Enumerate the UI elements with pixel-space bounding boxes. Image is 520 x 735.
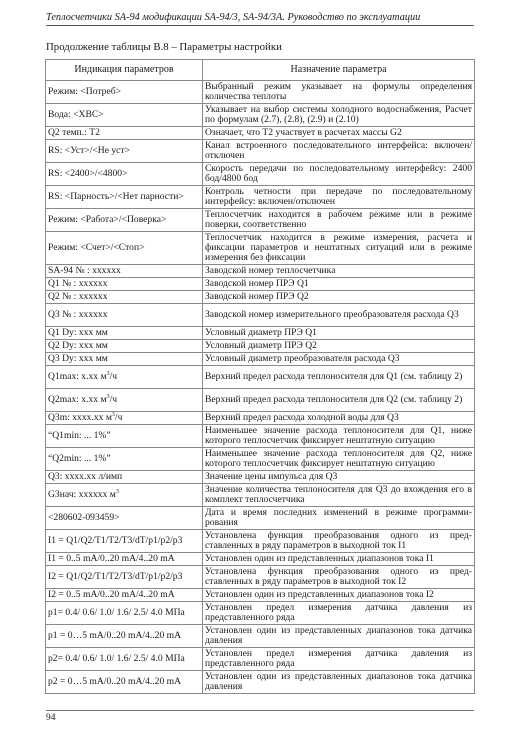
parameter-indication-text: G3нач: хххххх м [48,489,116,500]
table-row: I1 = 0..5 mA/0..20 mA/4..20 mAУстановлен… [46,553,475,566]
table-row: Q3 № : ххххххЗаводской номер измерительн… [46,304,475,327]
parameter-indication-text: Q1max: х.хх м [48,371,107,382]
parameter-indication: Режим: <Счет>/<Стоп> [46,232,203,265]
parameter-description: Значение цены импульса для Q3 [203,471,475,484]
parameter-description: Условный диаметр ПРЭ Q2 [203,340,475,353]
parameter-indication-text: Q2 Dy: ххх мм [48,340,108,351]
table-row: Q1 Dy: ххх ммУсловный диаметр ПРЭ Q1 [46,327,475,340]
column-header-purpose: Назначение параметра [203,60,475,81]
parameter-indication: Q1 № : хххххх [46,278,203,291]
table-row: G3нач: хххххх м3Значение количества тепл… [46,484,475,507]
parameter-indication: Q1max: х.хх м3/ч [46,366,203,389]
parameter-indication-text: “Q2min: ... 1%” [48,453,111,464]
table-row: Q2max: х.хх м3/чВерхний предел расхода т… [46,389,475,412]
parameter-indication: Q3: хххх.хх л/имп [46,471,203,484]
table-row: Режим: <Работа>/<Поверка>Теплосчетчик на… [46,209,475,232]
table-row: Q1max: х.хх м3/чВерхний предел расхода т… [46,366,475,389]
parameter-description: Верхний предел расхода холодной воды для… [203,412,475,425]
table-row: Режим: <Счет>/<Стоп>Теплосчетчик находит… [46,232,475,265]
table-row: I2 = 0..5 mA/0..20 mA/4..20 mAУстановлен… [46,589,475,602]
parameter-description: Установлен один из представленных диапаз… [203,553,475,566]
parameter-description: Установлен один из представленных диапаз… [203,589,475,602]
parameter-indication: <280602-093459> [46,507,203,530]
parameter-indication: Режим: <Работа>/<Поверка> [46,209,203,232]
table-body: Режим: <Потреб>Выбранный режим указывает… [46,81,475,694]
parameter-indication-text: “Q1min: ... 1%” [48,430,111,441]
parameter-indication: Q2 № : хххххх [46,291,203,304]
parameter-indication-text: Вода: <ХВС> [48,109,104,120]
parameter-indication-text: SA-94 № : хххххх [48,265,121,276]
parameter-indication-text: Q2 № : хххххх [48,291,108,302]
footer-rule [46,710,474,711]
parameter-indication: Вода: <ХВС> [46,104,203,127]
table-row: RS: <Уст>/<Не уст>Канал встроенного посл… [46,140,475,163]
table-row: <280602-093459>Дата и время последних из… [46,507,475,530]
parameter-indication-text: RS: <Уст>/<Не уст> [48,145,130,156]
parameter-description: Условный диаметр преобразователя расхода… [203,353,475,366]
parameter-indication-text: Режим: <Работа>/<Поверка> [48,214,166,225]
parameter-description: Дата и время последних изменений в режим… [203,507,475,530]
parameter-indication: p1= 0.4/ 0.6/ 1.0/ 1.6/ 2.5/ 4.0 МПа [46,602,203,625]
parameter-indication: RS: <Парность>/<Нет парности> [46,186,203,209]
unit-tail: /ч [110,371,118,382]
parameter-description: Контроль четности при передаче по послед… [203,186,475,209]
parameter-description: Установлена функция преобразования одног… [203,530,475,553]
table-row: Q2 № : ххххххЗаводской номер ПРЭ Q2 [46,291,475,304]
parameter-description: Указывает на выбор системы холодного вод… [203,104,475,127]
parameter-indication: Q3m: хххх.хх м3/ч [46,412,203,425]
parameter-indication-text: p2 = 0…5 mA/0..20 mA/4..20 mA [48,676,181,687]
parameter-description: Установлен предел измерения датчика давл… [203,602,475,625]
table-row: Вода: <ХВС>Указывает на выбор системы хо… [46,104,475,127]
table-row: RS: <2400>/<4800>Скорость передачи по по… [46,163,475,186]
unit-tail: /ч [110,394,118,405]
parameters-table: Индикация параметров Назначение параметр… [45,59,475,694]
parameter-indication: Q2max: х.хх м3/ч [46,389,203,412]
table-row: Q2 Dy: ххх ммУсловный диаметр ПРЭ Q2 [46,340,475,353]
parameter-indication: G3нач: хххххх м3 [46,484,203,507]
column-header-indication: Индикация параметров [46,60,203,81]
table-row: p2= 0.4/ 0.6/ 1.0/ 1.6/ 2.5/ 4.0 МПаУста… [46,648,475,671]
parameter-indication: I1 = 0..5 mA/0..20 mA/4..20 mA [46,553,203,566]
parameter-indication-text: p1 = 0…5 mA/0..20 mA/4..20 mA [48,630,181,641]
table-row: p1 = 0…5 mA/0..20 mA/4..20 mAУстановлен … [46,625,475,648]
parameter-indication: RS: <2400>/<4800> [46,163,203,186]
parameter-description: Выбранный режим указывает на формулы опр… [203,81,475,104]
parameter-description: Скорость передачи по последовательному и… [203,163,475,186]
running-header: Теплосчетчики SA-94 модификации SA-94/3,… [46,12,474,26]
parameter-description: Наименьшее значение расхода теплоносител… [203,448,475,471]
parameter-indication: “Q2min: ... 1%” [46,448,203,471]
parameter-indication-text: I1 = 0..5 mA/0..20 mA/4..20 mA [48,553,175,564]
parameter-indication-text: Q2 темп.: Т2 [48,127,100,138]
parameter-description: Условный диаметр ПРЭ Q1 [203,327,475,340]
table-caption: Продолжение таблицы В.8 – Параметры наст… [46,41,282,53]
parameter-indication-text: Q2max: х.хх м [48,394,107,405]
parameter-description: Значение количества теплоносителя для Q3… [203,484,475,507]
table-row: I2 = Q1/Q2/T1/T2/T3/dT/p1/p2/p3Установле… [46,566,475,589]
parameter-indication: Q3 № : хххххх [46,304,203,327]
parameter-indication-text: Режим: <Счет>/<Стоп> [48,242,145,253]
parameter-description: Установлен предел измерения датчика давл… [203,648,475,671]
table-row: Q3: хххх.хх л/импЗначение цены импульса … [46,471,475,484]
parameter-indication-text: Q3 № : хххххх [48,309,108,320]
parameter-description: Заводской номер ПРЭ Q1 [203,278,475,291]
parameter-description: Канал встроенного последовательного инте… [203,140,475,163]
table-row: SA-94 № : ххххххЗаводской номер теплосче… [46,265,475,278]
parameter-indication: Q2 темп.: Т2 [46,127,203,140]
parameter-indication-text: Q3: хххх.хх л/имп [48,471,122,482]
parameter-description: Верхний предел расхода теплоносителя для… [203,389,475,412]
parameter-indication-text: RS: <Парность>/<Нет парности> [48,191,184,202]
parameter-indication: Q1 Dy: ххх мм [46,327,203,340]
parameter-indication-text: <280602-093459> [48,512,120,523]
table-row: Q3 Dy: ххх ммУсловный диаметр преобразов… [46,353,475,366]
parameter-indication: I1 = Q1/Q2/T1/T2/T3/dT/p1/p2/p3 [46,530,203,553]
parameter-indication-text: Q1 № : хххххх [48,278,108,289]
unit-tail: /ч [115,412,123,423]
parameter-indication: p1 = 0…5 mA/0..20 mA/4..20 mA [46,625,203,648]
parameter-indication-text: p2= 0.4/ 0.6/ 1.0/ 1.6/ 2.5/ 4.0 МПа [48,653,185,664]
table-row: “Q1min: ... 1%”Наименьшее значение расхо… [46,425,475,448]
table-row: Режим: <Потреб>Выбранный режим указывает… [46,81,475,104]
table-row: p2 = 0…5 mA/0..20 mA/4..20 mAУстановлен … [46,671,475,694]
parameter-description: Установлен один из представленных диапаз… [203,625,475,648]
table-row: Q2 темп.: Т2Означает, что Т2 участвует в… [46,127,475,140]
parameter-indication-text: I1 = Q1/Q2/T1/T2/T3/dT/p1/p2/p3 [48,535,182,546]
parameter-indication: Режим: <Потреб> [46,81,203,104]
parameter-description: Установлена функция преобразования одног… [203,566,475,589]
parameter-indication: p2 = 0…5 mA/0..20 mA/4..20 mA [46,671,203,694]
parameter-description: Верхний предел расхода теплоносителя для… [203,366,475,389]
table-header-row: Индикация параметров Назначение параметр… [46,60,475,81]
parameter-description: Наименьшее значение расхода теплоносител… [203,425,475,448]
parameter-description: Установлен один из представленных диапаз… [203,671,475,694]
page-number: 94 [46,713,56,723]
table-row: I1 = Q1/Q2/T1/T2/T3/dT/p1/p2/p3Установле… [46,530,475,553]
parameter-indication: RS: <Уст>/<Не уст> [46,140,203,163]
parameter-indication-text: Режим: <Потреб> [48,86,121,97]
parameter-description: Означает, что Т2 участвует в расчетах ма… [203,127,475,140]
parameter-description: Теплосчетчик находится в режиме измерени… [203,232,475,265]
parameter-indication: Q2 Dy: ххх мм [46,340,203,353]
parameter-indication: p2= 0.4/ 0.6/ 1.0/ 1.6/ 2.5/ 4.0 МПа [46,648,203,671]
parameter-description: Теплосчетчик находится в рабочем режиме … [203,209,475,232]
parameter-indication-text: I2 = Q1/Q2/T1/T2/T3/dT/p1/p2/p3 [48,571,182,582]
parameter-description: Заводской номер теплосчетчика [203,265,475,278]
parameter-description: Заводской номер измерительного преобразо… [203,304,475,327]
parameter-indication-text: RS: <2400>/<4800> [48,168,127,179]
table-row: Q1 № : ххххххЗаводской номер ПРЭ Q1 [46,278,475,291]
parameter-indication: SA-94 № : хххххх [46,265,203,278]
table-row: “Q2min: ... 1%”Наименьшее значение расхо… [46,448,475,471]
parameter-description: Заводской номер ПРЭ Q2 [203,291,475,304]
table-row: p1= 0.4/ 0.6/ 1.0/ 1.6/ 2.5/ 4.0 МПаУста… [46,602,475,625]
table-row: RS: <Парность>/<Нет парности>Контроль че… [46,186,475,209]
parameter-indication-text: Q1 Dy: ххх мм [48,327,108,338]
parameter-indication: Q3 Dy: ххх мм [46,353,203,366]
parameter-indication-text: Q3 Dy: ххх мм [48,353,108,364]
table-row: Q3m: хххх.хх м3/чВерхний предел расхода … [46,412,475,425]
parameter-indication-text: p1= 0.4/ 0.6/ 1.0/ 1.6/ 2.5/ 4.0 МПа [48,607,185,618]
parameter-indication: “Q1min: ... 1%” [46,425,203,448]
parameter-indication: I2 = Q1/Q2/T1/T2/T3/dT/p1/p2/p3 [46,566,203,589]
parameter-indication-text: I2 = 0..5 mA/0..20 mA/4..20 mA [48,589,175,600]
parameter-indication-text: Q3m: хххх.хх м [48,412,112,423]
unit-superscript: 3 [116,489,119,495]
parameter-indication: I2 = 0..5 mA/0..20 mA/4..20 mA [46,589,203,602]
